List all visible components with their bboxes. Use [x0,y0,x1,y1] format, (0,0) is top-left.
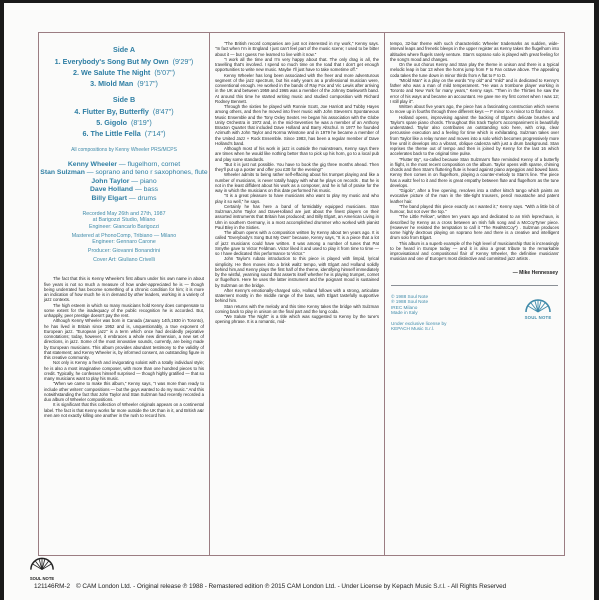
track-title: 6. The Little Fella [82,129,140,138]
musician-role: — soprano and teno r saxophones, flute [85,169,208,176]
track-4: 4. Flutter By, Butterfly(8'47") [39,106,209,117]
track-title: 4. Flutter By, Butterfly [74,107,149,116]
paragraph: Written about five years ago, the piece … [390,104,559,115]
track-title: 5. Gigolo [96,118,127,127]
paragraph: After Kenny's emotionally-charged solo, … [215,288,379,304]
track-2: 2. We Salute The Night(5'07") [39,67,209,78]
track-duration: (8'19") [131,118,152,127]
paragraph: Wheeler admits to being rather self-effa… [215,172,379,193]
musician-name: Dave Holland [90,186,133,193]
logo-label: SOUL NOTE [522,315,554,321]
paragraph: Although most of his work in jazz is out… [215,146,379,162]
catalog-number: 121146RM-2 [34,583,70,590]
track-6: 6. The Little Fella(7'14") [39,128,209,139]
track-title: 3. Mïold Man [90,79,133,88]
paragraph: "The Little Fellow", written ten years a… [390,214,559,240]
musician-role: — drums [127,195,156,202]
column-middle: "The British record companies are just n… [210,33,385,555]
legal-info: © 1988 Soul Note ℗ 1988 Soul Note IREC M… [385,286,564,333]
track-duration: (5'07") [154,68,175,77]
footer-copyright: 121146RM-2© CAM London Ltd. - Original r… [34,583,506,590]
personnel-item: Billy Elgart — drums [39,195,209,203]
track-duration: (9'29") [173,57,194,66]
licensee-line: KEPACH Music S.r.l. [391,326,558,332]
side-b-heading: Side B [39,95,209,104]
track-title: 2. We Salute The Night [73,68,150,77]
musician-name: John Taylor [91,178,129,185]
paragraph: "The band played this piece exactly as I… [390,204,559,215]
paragraph: "Mïold Man" is a play on the words "my o… [390,78,559,104]
paragraph: Through the sixties he played with Ronni… [215,104,379,146]
logo-label: SOUL NOTE [27,576,57,581]
track-3: 3. Mïold Man(9'17") [39,78,209,89]
personnel-item: Stan Sulzman — soprano and teno r saxoph… [39,169,209,177]
musician-role: — flugelhorn, cornet [117,161,180,168]
tracklist: Side A 1. Everybody's Song But My Own(9'… [39,33,209,153]
sunburst-icon [524,298,552,314]
paragraph: "It is a great pleasure to have musician… [215,193,379,204]
track-duration: (7'14") [145,129,166,138]
paragraph: tempo, 32-bar theme with such characteri… [390,41,559,62]
track-5: 5. Gigolo(8'19") [39,117,209,128]
liner-notes-part-1: The fact that this is Kenny Wheeler's fi… [39,276,209,418]
track-1: 1. Everybody's Song But My Own(9'29") [39,56,209,67]
paragraph: "Flutter By", so-called because Stan Sul… [390,157,559,189]
copyright-text: © CAM London Ltd. - Original release ℗ 1… [76,583,506,590]
personnel: Kenny Wheeler — flugelhorn, cornet Stan … [39,161,209,203]
paragraph: "But it is just not possible. You have t… [215,162,379,173]
track-title: 1. Everybody's Song But My Own [55,57,169,66]
personnel-item: Dave Holland — bass [39,186,209,194]
paragraph: Kenny Wheeler has long been associated w… [215,73,379,105]
personnel-item: John Taylor — piano [39,178,209,186]
paragraph: Although Kenny Wheeler was born in Canad… [44,318,204,360]
paragraph: On the out chorus Kenny and Stan play th… [390,62,559,78]
paragraph: Stan returns with the melody and this ti… [215,304,379,315]
soul-note-logo: SOUL NOTE [27,556,57,581]
soul-note-logo-small: SOUL NOTE [522,298,554,321]
track-duration: (8'47") [153,107,174,116]
musician-name: Stan Sulzman [40,169,85,176]
track-duration: (9'17") [137,79,158,88]
liner-notes-part-3: tempo, 32-bar theme with such characteri… [385,33,564,262]
musician-role: — bass [133,186,158,193]
paragraph: The fact that this is Kenny Wheeler's fi… [44,276,204,302]
liner-notes-part-2: "The British record companies are just n… [210,33,384,325]
musician-name: Billy Elgart [92,195,128,202]
paragraph: Not only is Kenny a fresh and invigorati… [44,360,204,381]
paragraph: "The British record companies are just n… [215,41,379,57]
sunburst-icon [29,556,55,572]
back-cover: Side A 1. Everybody's Song But My Own(9'… [4,3,594,600]
personnel-item: Kenny Wheeler — flugelhorn, cornet [39,161,209,169]
compositions-note: All compositions by Kenny Wheeler PRS/MC… [39,147,209,153]
paragraph: This album is a superb example of the hi… [390,241,559,262]
musician-role: — piano [129,178,156,185]
paragraph: The high esteem in which so many musicia… [44,303,204,319]
paragraph: The album opens with a composition writt… [215,230,379,256]
musician-name: Kenny Wheeler [68,161,117,168]
paragraph: John Taylor's rubato introduction to thi… [215,256,379,288]
paragraph: "Gigolo", after a free opening, resolves… [390,188,559,204]
paragraph: Certainly he has here a band of formidab… [215,204,379,230]
column-right: tempo, 32-bar theme with such characteri… [385,33,564,555]
recording-credits: Recorded May 26th and 27th, 1987 at Bari… [39,211,209,263]
paragraph: Holland opens, improvising against the b… [390,115,559,157]
author-signature: — Mike Hennessey [385,262,564,276]
paragraph: "I work all the time and I'm very happy … [215,57,379,73]
paragraph: It is significant that this collection o… [44,402,204,418]
paragraph: "We Salute The Night" is a title which w… [215,314,379,325]
credit-cover-art: Cover Art: Giuliano Crivelli [39,257,209,263]
liner-notes-frame: Side A 1. Everybody's Song But My Own(9'… [38,32,565,556]
column-left: Side A 1. Everybody's Song But My Own(9'… [39,33,210,555]
paragraph: "When we came to make this album," Kenny… [44,381,204,402]
side-a-heading: Side A [39,45,209,54]
